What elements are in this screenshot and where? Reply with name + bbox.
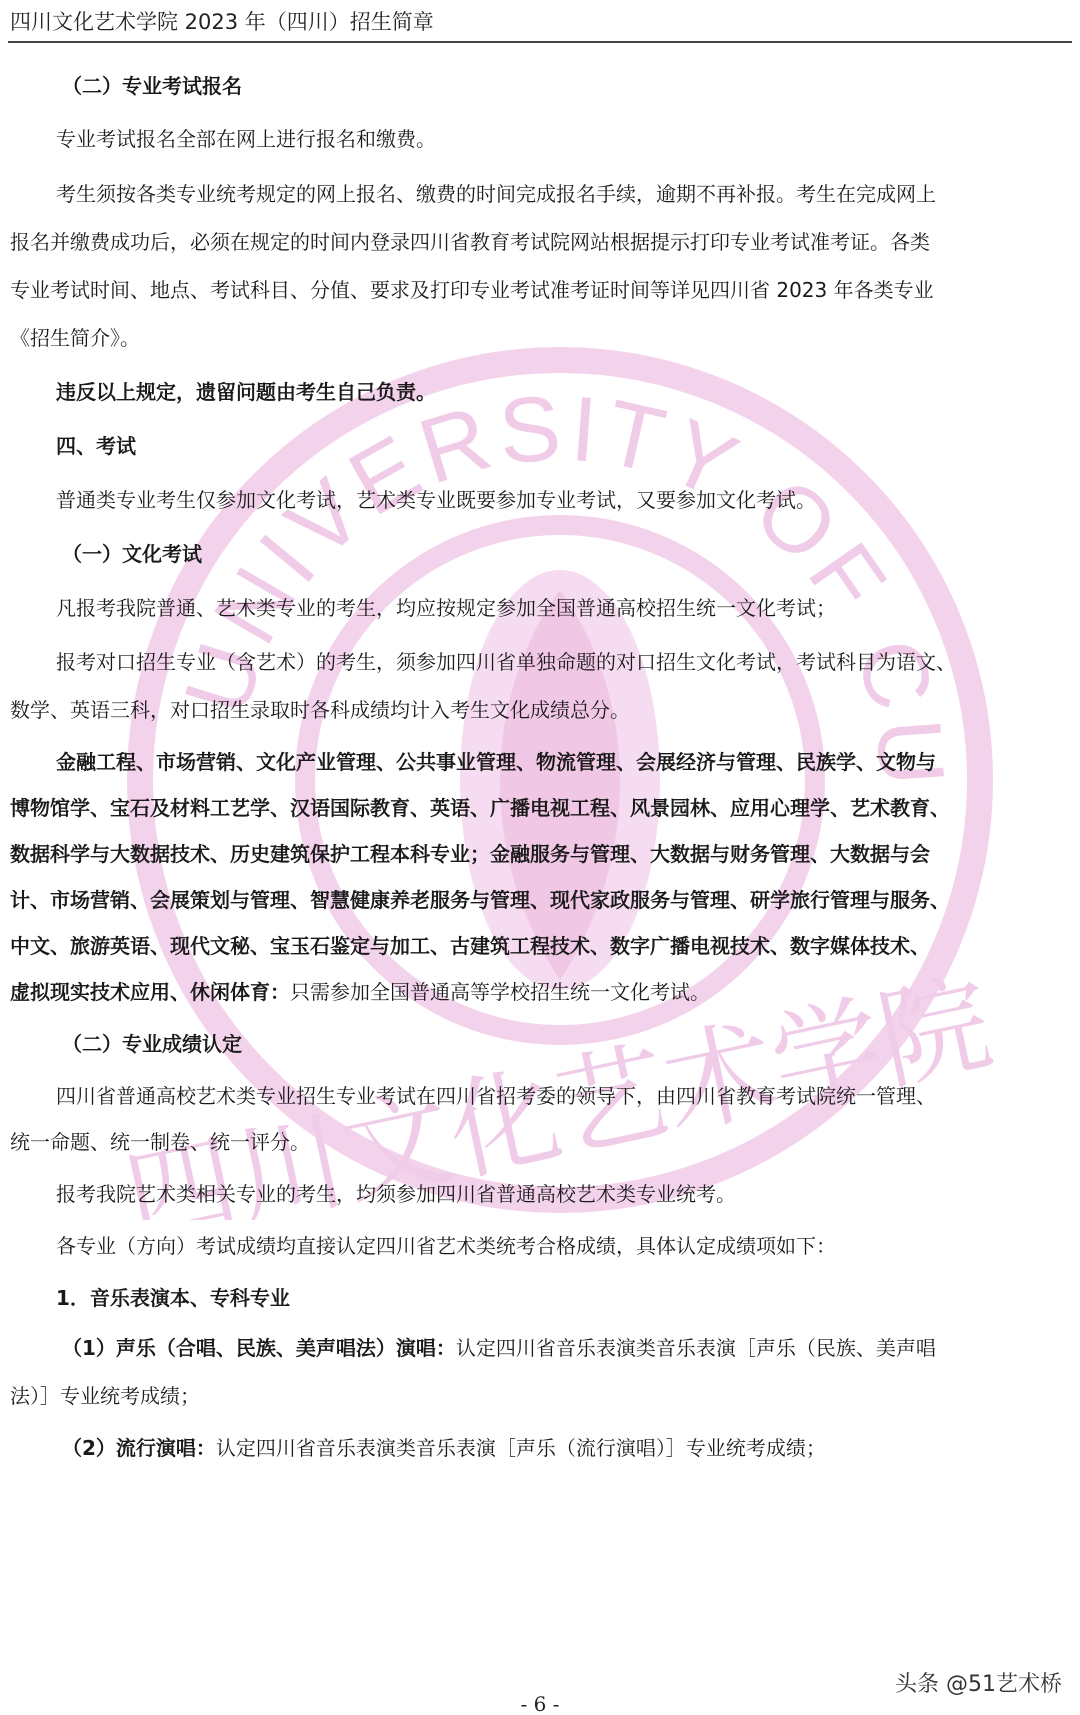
major-list-line: 计、市场营销、会展策划与管理、智慧健康养老服务与管理、现代家政服务与管理、研学旅… [0, 886, 1080, 914]
major-list-line: 中文、旅游英语、现代文秘、宝玉石鉴定与加工、古建筑工程技术、数字广播电视技术、数… [0, 932, 1080, 960]
paragraph-line: 凡报考我院普通、艺术类专业的考生，均应按规定参加全国普通高校招生统一文化考试； [0, 594, 1080, 622]
paragraph-line: 统一命题、统一制卷、统一评分。 [0, 1128, 1080, 1156]
section-heading: 四、考试 [0, 432, 1080, 460]
section-heading: （二）专业考试报名 [0, 72, 1080, 100]
notice-bold: 违反以上规定，遗留问题由考生自己负责。 [0, 378, 1080, 406]
paragraph-line: 数学、英语三科，对口招生录取时各科成绩均计入考生文化成绩总分。 [0, 696, 1080, 724]
list-item-continuation: 法）］专业统考成绩； [0, 1382, 1080, 1410]
paragraph-line: 四川省普通高校艺术类专业招生专业考试在四川省招考委的领导下，由四川省教育考试院统… [0, 1082, 1080, 1110]
paragraph-line: 《招生简介》。 [0, 324, 1080, 352]
paragraph-line: 普通类专业考生仅参加文化考试，艺术类专业既要参加专业考试，又要参加文化考试。 [0, 486, 1080, 514]
subsection-heading: （二）专业成绩认定 [0, 1030, 1080, 1058]
paragraph-line: 报名并缴费成功后，必须在规定的时间内登录四川省教育考试院网站根据提示打印专业考试… [0, 228, 1080, 256]
page-number: - 6 - [0, 1692, 1080, 1715]
header-divider [8, 41, 1072, 43]
paragraph-line: 专业考试时间、地点、考试科目、分值、要求及打印专业考试准考证时间等详见四川省 2… [0, 276, 1080, 304]
major-list-line: 虚拟现实技术应用、休闲体育：只需参加全国普通高等学校招生统一文化考试。 [0, 978, 1080, 1006]
major-list-line: 金融工程、市场营销、文化产业管理、公共事业管理、物流管理、会展经济与管理、民族学… [0, 748, 1080, 776]
paragraph-line: 专业考试报名全部在网上进行报名和缴费。 [0, 125, 1080, 153]
document-header-title: 四川文化艺术学院 2023 年（四川）招生简章 [10, 6, 434, 36]
list-item: （1）声乐（合唱、民族、美声唱法）演唱：认定四川省音乐表演类音乐表演［声乐（民族… [0, 1334, 1080, 1362]
paragraph-line: 报考对口招生专业（含艺术）的考生，须参加四川省单独命题的对口招生文化考试，考试科… [0, 648, 1080, 676]
major-list-line: 博物馆学、宝石及材料工艺学、汉语国际教育、英语、广播电视工程、风景园林、应用心理… [0, 794, 1080, 822]
paragraph-line: 考生须按各类专业统考规定的网上报名、缴费的时间完成报名手续，逾期不再补报。考生在… [0, 180, 1080, 208]
paragraph-line: 报考我院艺术类相关专业的考生，均须参加四川省普通高校艺术类专业统考。 [0, 1180, 1080, 1208]
subsection-heading: （一）文化考试 [0, 540, 1080, 568]
paragraph-line: 各专业（方向）考试成绩均直接认定四川省艺术类统考合格成绩，具体认定成绩项如下： [0, 1232, 1080, 1260]
list-item: （2）流行演唱：认定四川省音乐表演类音乐表演［声乐（流行演唱）］专业统考成绩； [0, 1434, 1080, 1462]
major-list-line: 数据科学与大数据技术、历史建筑保护工程本科专业；金融服务与管理、大数据与财务管理… [0, 840, 1080, 868]
list-heading: 1．音乐表演本、专科专业 [0, 1284, 1080, 1312]
